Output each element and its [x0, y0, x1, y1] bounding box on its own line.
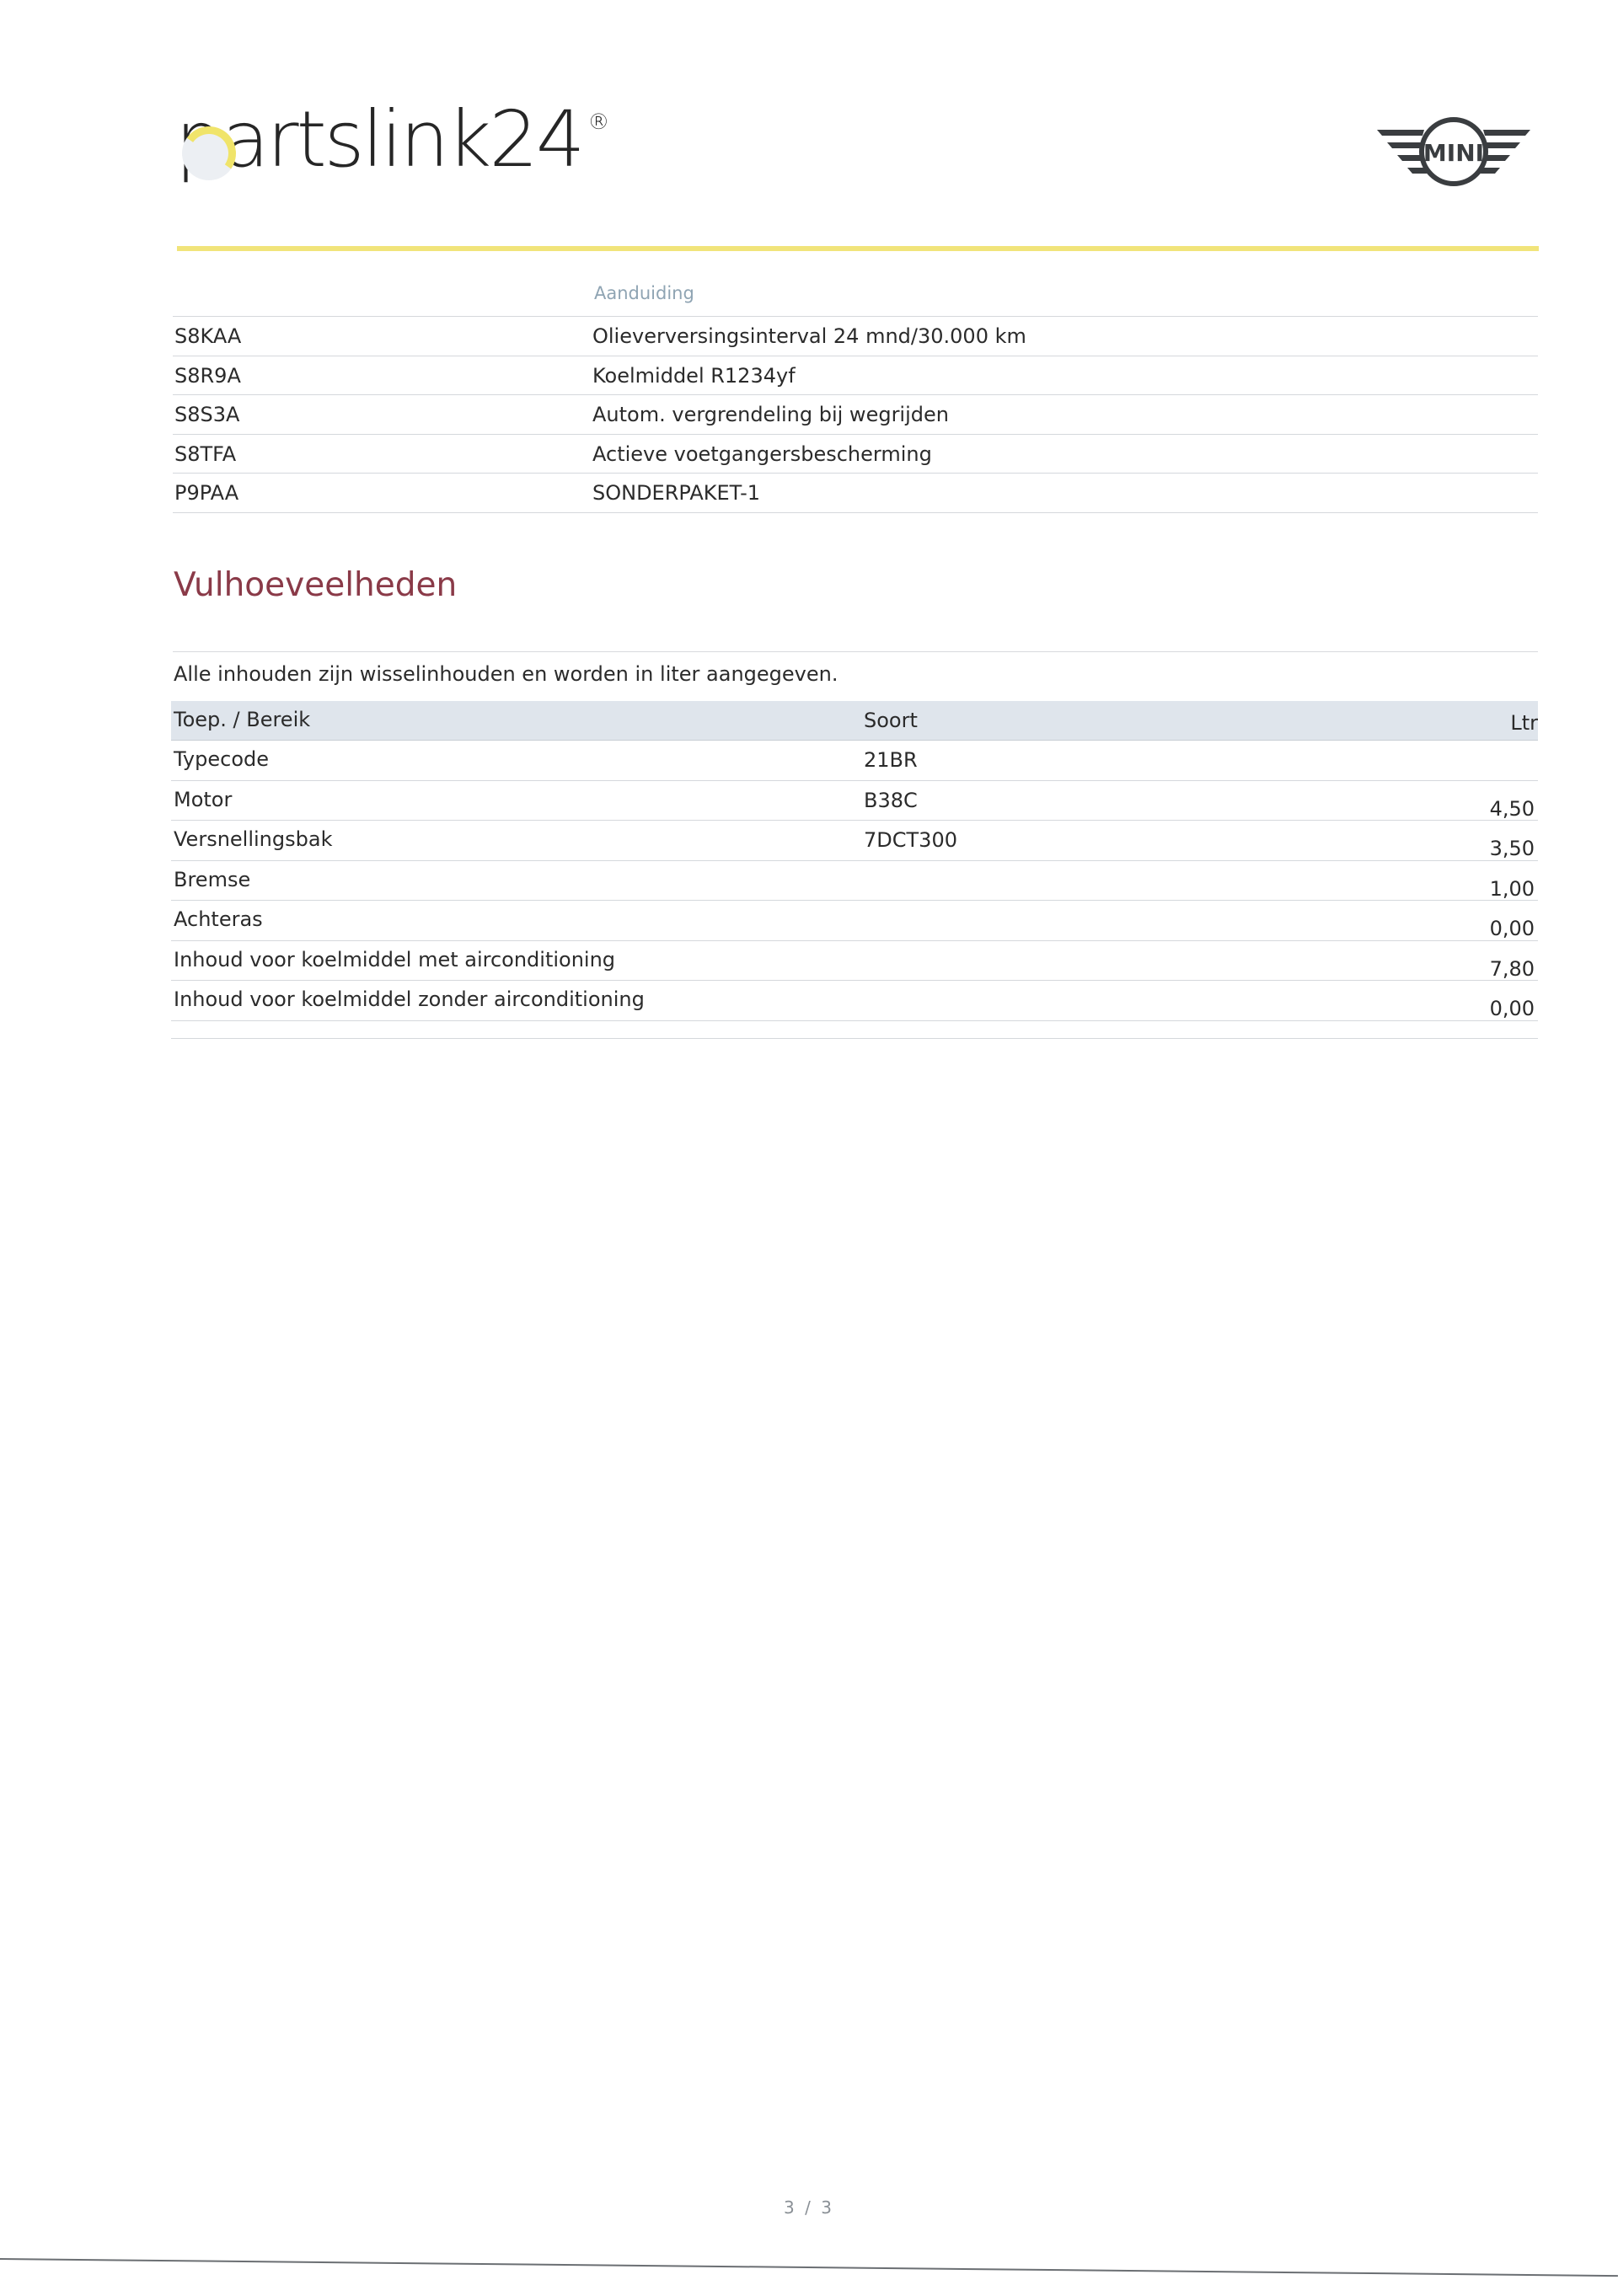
liters-cell: 1,00: [1490, 877, 1535, 901]
range-cell: Bremse: [174, 868, 250, 891]
table-row: Inhoud voor koelmiddel zonder airconditi…: [171, 981, 1538, 1021]
range-cell: Inhoud voor koelmiddel met airconditioni…: [174, 948, 615, 971]
option-code: P9PAA: [174, 481, 238, 505]
option-description: Actieve voetgangersbescherming: [592, 442, 932, 466]
option-description: Autom. vergrendeling bij wegrijden: [592, 403, 949, 426]
option-code: S8S3A: [174, 403, 239, 426]
type-cell: 7DCT300: [864, 828, 957, 852]
registered-mark: ®: [587, 110, 609, 135]
table-header: Aanduiding: [173, 278, 1538, 317]
column-header-type: Soort: [864, 709, 918, 732]
option-codes-table: Aanduiding S8KAAOlieverversingsinterval …: [173, 278, 1538, 513]
option-code: S8R9A: [174, 364, 241, 388]
table-row: Bremse1,00: [171, 861, 1538, 902]
table-row: S8R9AKoelmiddel R1234yf: [173, 356, 1538, 396]
section-note: Alle inhouden zijn wisselinhouden en wor…: [174, 662, 838, 686]
liters-cell: 3,50: [1490, 837, 1535, 860]
option-description: Koelmiddel R1234yf: [592, 364, 796, 388]
table-row: S8KAAOlieverversingsinterval 24 mnd/30.0…: [173, 317, 1538, 356]
range-cell: Inhoud voor koelmiddel zonder airconditi…: [174, 987, 645, 1011]
table-header: Toep. / Bereik Soort Ltr: [171, 701, 1538, 741]
table-row: Typecode21BR: [171, 741, 1538, 781]
range-cell: Motor: [174, 788, 232, 811]
table-row: MotorB38C4,50: [171, 781, 1538, 822]
table-row: S8TFAActieve voetgangersbescherming: [173, 435, 1538, 474]
mini-logo-icon: MINI: [1374, 110, 1534, 194]
section-divider: [173, 651, 1538, 652]
type-cell: 21BR: [864, 748, 918, 772]
option-description: Olieverversingsinterval 24 mnd/30.000 km: [592, 324, 1026, 348]
table-row: Inhoud voor koelmiddel met airconditioni…: [171, 941, 1538, 982]
partslink24-logo: partslink24®: [175, 101, 609, 179]
table-row: P9PAASONDERPAKET-1: [173, 474, 1538, 513]
type-cell: B38C: [864, 789, 918, 812]
range-cell: Typecode: [174, 747, 269, 771]
table-row: Achteras0,00: [171, 901, 1538, 941]
table-row: S8S3AAutom. vergrendeling bij wegrijden: [173, 395, 1538, 435]
liters-cell: 0,00: [1490, 997, 1535, 1020]
option-description: SONDERPAKET-1: [592, 481, 760, 505]
liters-cell: 7,80: [1490, 957, 1535, 981]
header-divider: [177, 246, 1539, 251]
liters-cell: 0,00: [1490, 917, 1535, 940]
section-title: Vulhoeveelheden: [174, 566, 457, 604]
table-end-divider: [171, 1021, 1538, 1039]
option-code: S8KAA: [174, 324, 241, 348]
option-code: S8TFA: [174, 442, 236, 466]
page-indicator: 3 / 3: [0, 2197, 1618, 2218]
liters-cell: 4,50: [1490, 797, 1535, 821]
svg-text:MINI: MINI: [1423, 139, 1484, 167]
column-header-aanduiding: Aanduiding: [594, 283, 694, 303]
scan-edge-line: [0, 2258, 1618, 2277]
range-cell: Achteras: [174, 907, 263, 931]
range-cell: Versnellingsbak: [174, 827, 332, 851]
column-header-liters: Ltr: [1510, 711, 1538, 735]
table-row: Versnellingsbak7DCT3003,50: [171, 821, 1538, 861]
fill-quantities-table: Toep. / Bereik Soort Ltr Typecode21BRMot…: [171, 701, 1538, 1039]
column-header-range: Toep. / Bereik: [174, 708, 310, 731]
logo-text: artslink24: [222, 94, 582, 185]
logo-p-mark: p: [175, 101, 222, 179]
